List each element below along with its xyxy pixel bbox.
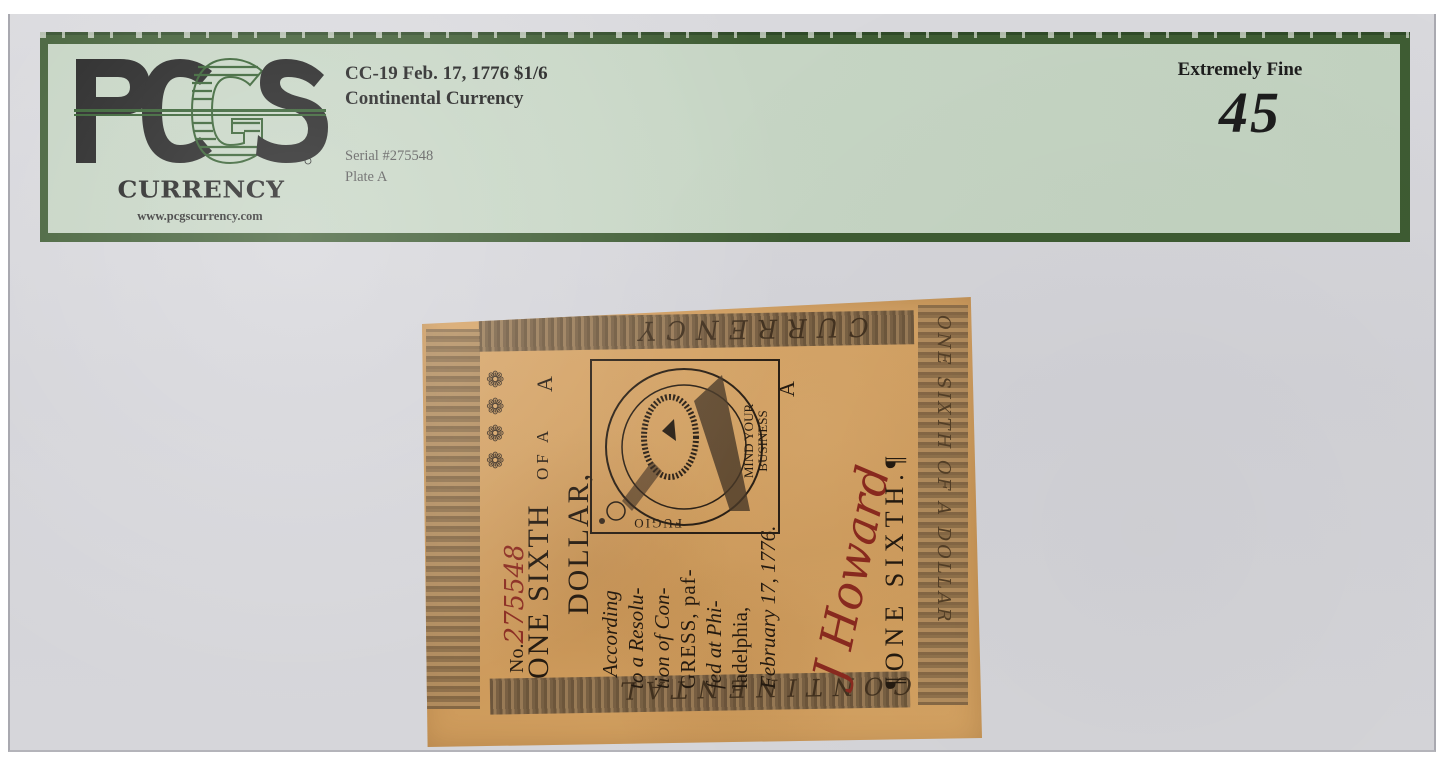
resolution-line-5: fed at Phi- [702,600,727,689]
plate-letter-a-left: A [532,376,558,392]
pilcrow-icon: ¶ [880,450,909,468]
slab-holder: CURRENCY www.pcgscurrency.com CC-19 Feb.… [8,14,1436,752]
rosette-icon: ❁ [486,423,504,445]
denomination-line-1: ONE SIXTH OF A [522,427,556,679]
resolution-line-3: tion of Con- [650,587,675,689]
resolution-line-7: February 17, 1776. [756,526,781,689]
right-band-text: ONE SIXTH OF A DOLLAR [933,315,954,624]
resolution-line-1: According [598,590,623,677]
rosette-icon: ❁ [486,369,504,391]
pcgs-logo: CURRENCY www.pcgscurrency.com [72,57,332,227]
rosette-icon: ❁ [486,450,504,472]
plate-letter: Plate A [345,167,548,188]
label-panel: CURRENCY www.pcgscurrency.com CC-19 Feb.… [48,44,1400,233]
emblem-motto-main: MIND YOUR BUSINESS [742,381,770,501]
grade-block: Extremely Fine 45 [1135,58,1345,142]
sundial-emblem: MIND YOUR BUSINESS FUGIO [590,359,780,534]
serial-number: Serial #275548 [345,146,548,167]
label-edge-wear [40,32,1410,38]
resolution-line-4: GRESS, paf- [676,568,701,689]
resolution-line-2: to a Resolu- [624,588,649,689]
pcgs-monogram-icon [72,57,328,167]
rosette-icon: ❁ [486,396,504,418]
grade-number: 45 [1155,84,1345,142]
emblem-motto-sun: FUGIO [632,515,682,531]
catalog-title: CC-19 Feb. 17, 1776 $1/6 [345,61,548,86]
right-border-band: ONE SIXTH OF A DOLLAR [918,305,968,705]
bottom-denomination-text: ONE SIXTH. [880,468,909,671]
bottom-denomination: ¶ONE SIXTH.¶ [880,450,910,689]
pilcrow-icon: ¶ [880,671,909,689]
left-border-band [426,329,480,709]
series-name: Continental Currency [345,86,548,111]
banknote: CURRENCY CONTINENTAL ONE SIXTH OF A DOLL… [422,297,982,747]
grading-label: CURRENCY www.pcgscurrency.com CC-19 Feb.… [40,32,1410,242]
logo-currency-text: CURRENCY [74,176,328,204]
resolution-line-6: ladelphia, [728,607,753,689]
note-description: CC-19 Feb. 17, 1776 $1/6 Continental Cur… [345,61,548,188]
one-sixth-text: ONE SIXTH [522,504,555,680]
of-a-text: OF A [533,427,552,480]
top-border-band: CURRENCY [479,310,915,352]
top-band-text: CURRENCY [629,311,869,345]
grade-label: Extremely Fine [1135,58,1345,82]
website-link[interactable]: www.pcgscurrency.com [72,209,328,224]
